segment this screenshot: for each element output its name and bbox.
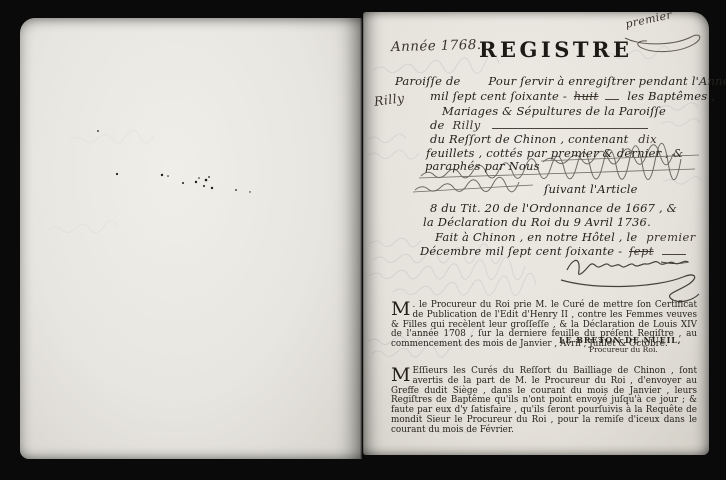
dropcap-m-2: M (391, 367, 412, 383)
form-line-2-end: les Baptêmes , (627, 89, 715, 103)
form-line-6: feuillets , cottés par premier & dernier… (426, 146, 683, 160)
form-line-9-text: ſuivant l'Article (544, 182, 638, 196)
form-line-10: 8 du Tit. 20 de l'Ordonnance de 1667 , & (430, 201, 677, 215)
binding-gutter (360, 10, 364, 458)
form-line-1-text: Pour ſervir à enregiſtrer pendant l'Anné… (488, 74, 726, 88)
form-line-5: du Reſſort de Chinon , contenant dix (430, 132, 657, 146)
premier-flourish (625, 35, 700, 51)
dropcap-m-1: M (391, 301, 412, 317)
form-line-11-text: la Déclaration du Roi du 9 Avril 1736. (423, 215, 651, 229)
notice-2-text: Eſſieurs les Curés du Reſſort du Baillia… (391, 366, 697, 435)
form-line-3: Mariages & Sépultures de la Paroiſſe (442, 104, 666, 118)
filled-year-word-2: ſept (629, 244, 654, 258)
signoff-name: LE BRETON DE NUEIL, (559, 335, 682, 345)
form-line-1: Paroiſſe de Pour ſervir à enregiſtrer pe… (395, 74, 726, 88)
form-line-3-text: Mariages & Sépultures de la Paroiſſe (442, 104, 666, 118)
signature-flourish (561, 260, 699, 301)
form-line-13-print: Décembre mil ſept cent ſoixante - (420, 244, 622, 258)
corner-note-premier: premier (624, 8, 673, 31)
form-line-6-text: feuillets , cottés par premier & dernier… (426, 146, 683, 160)
filled-day-word: premier (646, 230, 695, 244)
ink-dash-2 (662, 245, 686, 255)
form-line-2: mil ſept cent ſoixante - huit les Baptêm… (430, 89, 715, 103)
signoff-title: Procureur du Roi. (589, 345, 658, 354)
scanned-register-book: Année 1768. REGISTRE premier Rilly Paroi… (0, 0, 726, 480)
form-line-13: Décembre mil ſept cent ſoixante - ſept (420, 244, 686, 258)
form-line-9: ſuivant l'Article (544, 182, 638, 196)
form-line-12: Fait à Chinon , en notre Hôtel , le prem… (435, 230, 696, 244)
left-page-blank (20, 18, 362, 459)
form-line-4: de Rilly (430, 118, 648, 132)
form-line-2-print: mil ſept cent ſoixante - (430, 89, 567, 103)
year-annotation: Année 1768. (391, 37, 482, 55)
left-page-marks (20, 18, 362, 459)
right-page-register-title: Année 1768. REGISTRE premier Rilly Paroi… (363, 12, 709, 455)
ink-dash (605, 90, 619, 100)
paroisse-de-label: Paroiſſe de (395, 74, 461, 88)
filled-folio-count: dix (638, 132, 657, 146)
filled-parish-name: Rilly (452, 118, 480, 132)
blank-rule (492, 119, 648, 129)
form-line-11: la Déclaration du Roi du 9 Avril 1736. (423, 215, 651, 229)
margin-parish-note: Rilly (373, 90, 405, 109)
form-line-5-print: du Reſſort de Chinon , contenant (430, 132, 628, 146)
form-line-4-print: de (430, 118, 445, 132)
form-line-10-text: 8 du Tit. 20 de l'Ordonnance de 1667 , & (430, 201, 677, 215)
cures-notice: MEſſieurs les Curés du Reſſort du Bailli… (391, 367, 697, 436)
form-line-7: paraphés par Nous (425, 159, 540, 173)
form-line-7-text: paraphés par Nous (425, 159, 540, 173)
register-title: REGISTRE (479, 37, 632, 62)
form-line-12-print: Fait à Chinon , en notre Hôtel , le (435, 230, 637, 244)
filled-year-word: huit (574, 89, 599, 103)
